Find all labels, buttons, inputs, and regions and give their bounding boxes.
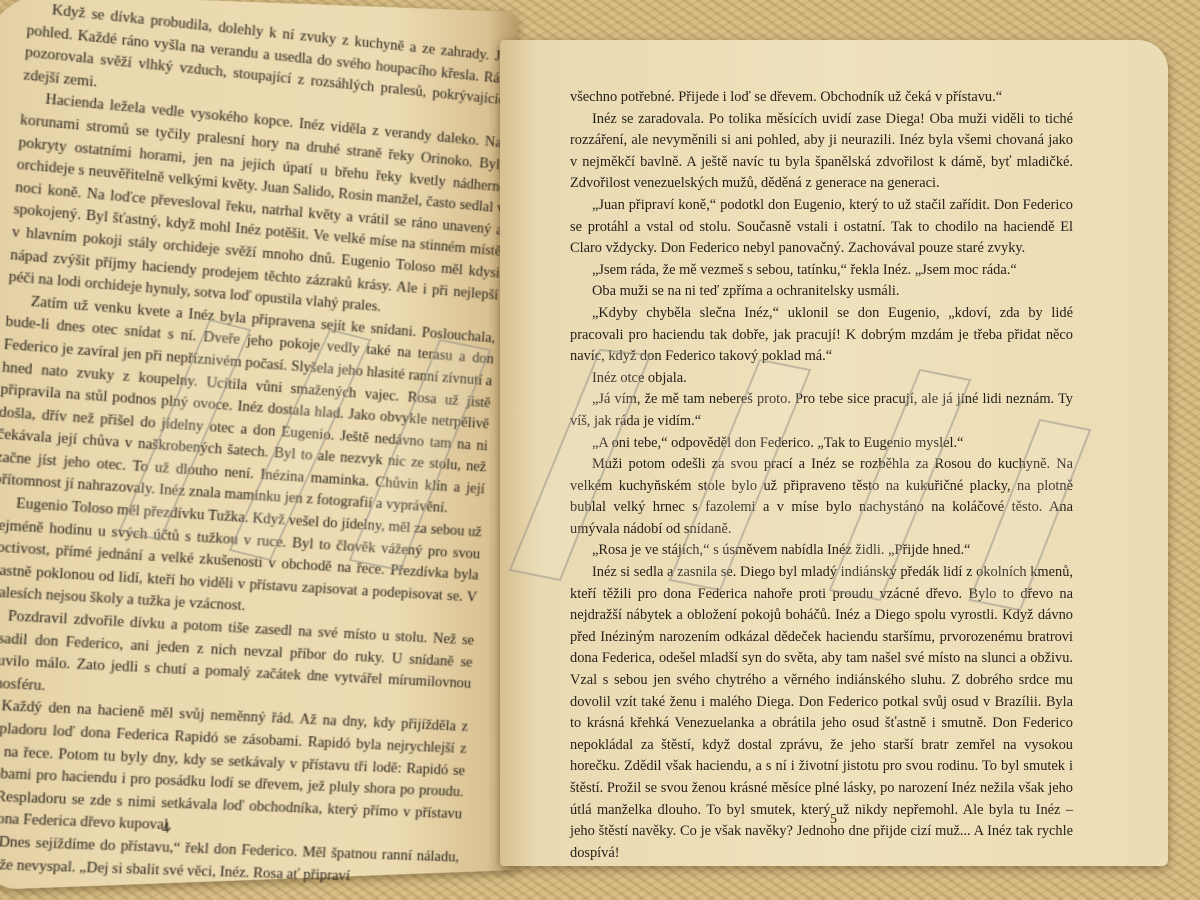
left-page: Když se dívka probudila, dolehly k ní zv… xyxy=(0,0,518,890)
right-page: všechno potřebné. Přijede i loď se dřeve… xyxy=(500,40,1168,866)
paragraph: Muži potom odešli za svou prací a Inéz s… xyxy=(570,454,1073,540)
paragraph: Inéz se zaradovala. Po tolika měsících u… xyxy=(570,109,1073,195)
paragraph: Inéz si sedla a zasnila se. Diego byl ml… xyxy=(570,562,1073,864)
paragraph: Každý den na hacieně měl svůj neměnný řá… xyxy=(0,695,469,848)
paragraph: „Jsem ráda, že mě vezmeš s sebou, tatínk… xyxy=(570,260,1073,282)
paragraph: Zatím už venku kvete a Inéz byla připrav… xyxy=(0,289,496,522)
page-number: 4 xyxy=(162,821,169,838)
paragraph: „Kdyby chyběla slečna Inéz,“ uklonil se … xyxy=(570,303,1073,368)
paragraph: „Juan připraví koně,“ podotkl don Eugeni… xyxy=(570,195,1073,260)
paragraph: „A oni tebe,“ odpověděl don Federico. „T… xyxy=(570,433,1073,455)
paragraph: Inéz otce objala. xyxy=(570,368,1073,390)
left-page-text: Když se dívka probudila, dolehly k ní zv… xyxy=(0,0,515,891)
paragraph: „Rosa je ve stájích,“ s úsměvem nabídla … xyxy=(570,540,1073,562)
paragraph: „Já vím, že mě tam nebereš proto. Pro te… xyxy=(570,389,1073,432)
paragraph: všechno potřebné. Přijede i loď se dřeve… xyxy=(570,87,1073,109)
paragraph: Oba muži se na ni teď zpříma a ochranite… xyxy=(570,281,1073,303)
page-number: 5 xyxy=(830,812,837,828)
right-page-text: všechno potřebné. Přijede i loď se dřeve… xyxy=(570,87,1073,864)
